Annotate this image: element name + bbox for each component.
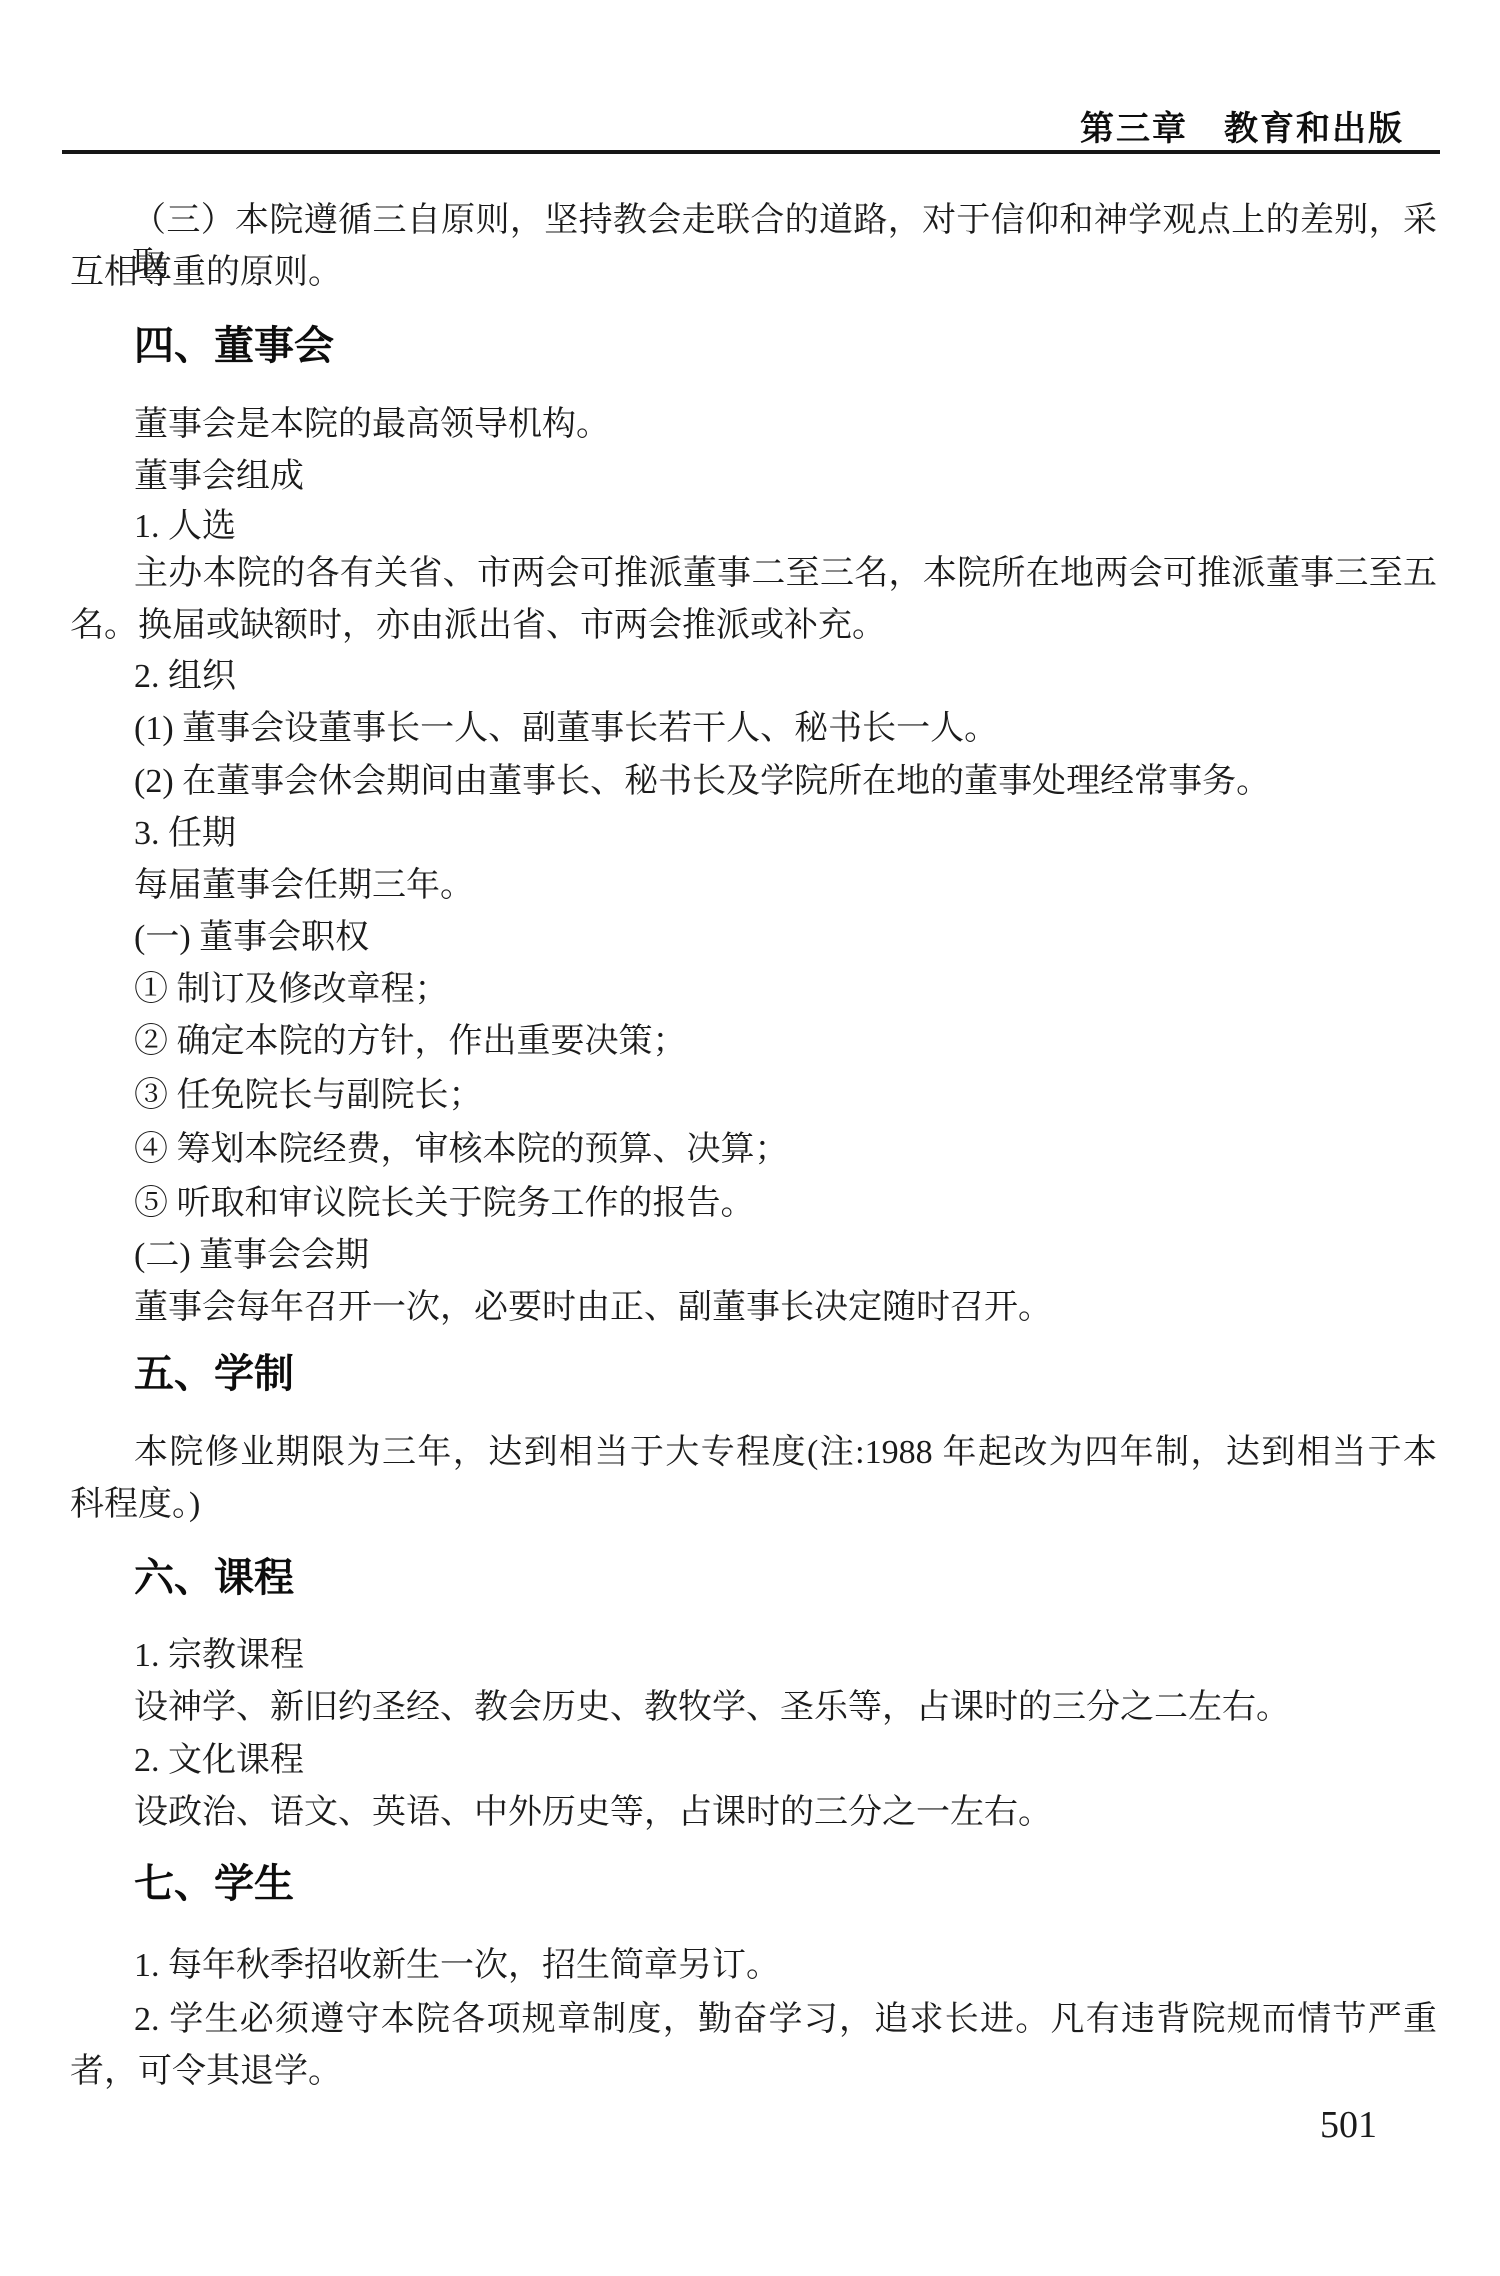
paragraph-line: 设神学、新旧约圣经、教会历史、教牧学、圣乐等，占课时的三分之二左右。: [134, 1686, 1290, 1730]
paragraph-line: 董事会是本院的最高领导机构。: [134, 403, 610, 447]
section-heading-students: 七、学生: [134, 1860, 294, 1908]
document-page: 第三章 教育和出版 （三）本院遵循三自原则，坚持教会走联合的道路，对于信仰和神学…: [0, 0, 1500, 2276]
header-rule: [62, 150, 1440, 154]
paragraph-line: 主办本院的各有关省、市两会可推派董事二至三名，本院所在地两会可推派董事三至五: [134, 552, 1437, 596]
paragraph-line: 董事会每年召开一次，必要时由正、副董事长决定随时召开。: [134, 1286, 1052, 1330]
list-item: ④ 筹划本院经费，审核本院的预算、决算；: [134, 1128, 789, 1172]
list-item: (1) 董事会设董事长一人、副董事长若干人、秘书长一人。: [134, 707, 998, 751]
paragraph-line: (二) 董事会会期: [134, 1234, 369, 1278]
page-number: 501: [1320, 2103, 1377, 2147]
list-item: 2. 文化课程: [134, 1739, 304, 1783]
list-item: ① 制订及修改章程；: [134, 968, 449, 1012]
list-item: 3. 任期: [134, 812, 236, 856]
paragraph-line: 科程度。): [70, 1483, 200, 1527]
list-item: 2. 学生必须遵守本院各项规章制度，勤奋学习，追求长进。凡有违背院规而情节严重: [134, 1998, 1437, 2042]
paragraph-line: (一) 董事会职权: [134, 916, 369, 960]
list-item: ⑤ 听取和审议院长关于院务工作的报告。: [134, 1182, 755, 1226]
list-item: 2. 组织: [134, 655, 236, 699]
paragraph-line: 每届董事会任期三年。: [134, 864, 474, 908]
section-heading-schooling: 五、学制: [134, 1350, 294, 1398]
paragraph-line: 名。换届或缺额时，亦由派出省、市两会推派或补充。: [70, 604, 886, 648]
list-item: ③ 任免院长与副院长；: [134, 1074, 483, 1118]
list-item: 1. 人选: [134, 505, 236, 549]
list-item: (2) 在董事会休会期间由董事长、秘书长及学院所在地的董事处理经常事务。: [134, 760, 1270, 804]
running-header: 第三章 教育和出版: [1080, 101, 1404, 150]
paragraph-line: 设政治、语文、英语、中外历史等，占课时的三分之一左右。: [134, 1791, 1052, 1835]
list-item: ② 确定本院的方针，作出重要决策；: [134, 1020, 687, 1064]
paragraph-line: 本院修业期限为三年，达到相当于大专程度(注:1988 年起改为四年制，达到相当于…: [134, 1431, 1437, 1475]
list-item: 1. 每年秋季招收新生一次，招生简章另订。: [134, 1944, 780, 1988]
paragraph-line: 董事会组成: [134, 455, 304, 499]
paragraph-line: 者，可令其退学。: [70, 2050, 342, 2094]
paragraph-line: 互相尊重的原则。: [70, 251, 342, 295]
list-item: 1. 宗教课程: [134, 1634, 304, 1678]
section-heading-curriculum: 六、课程: [134, 1554, 294, 1602]
section-heading-board: 四、董事会: [134, 322, 334, 370]
